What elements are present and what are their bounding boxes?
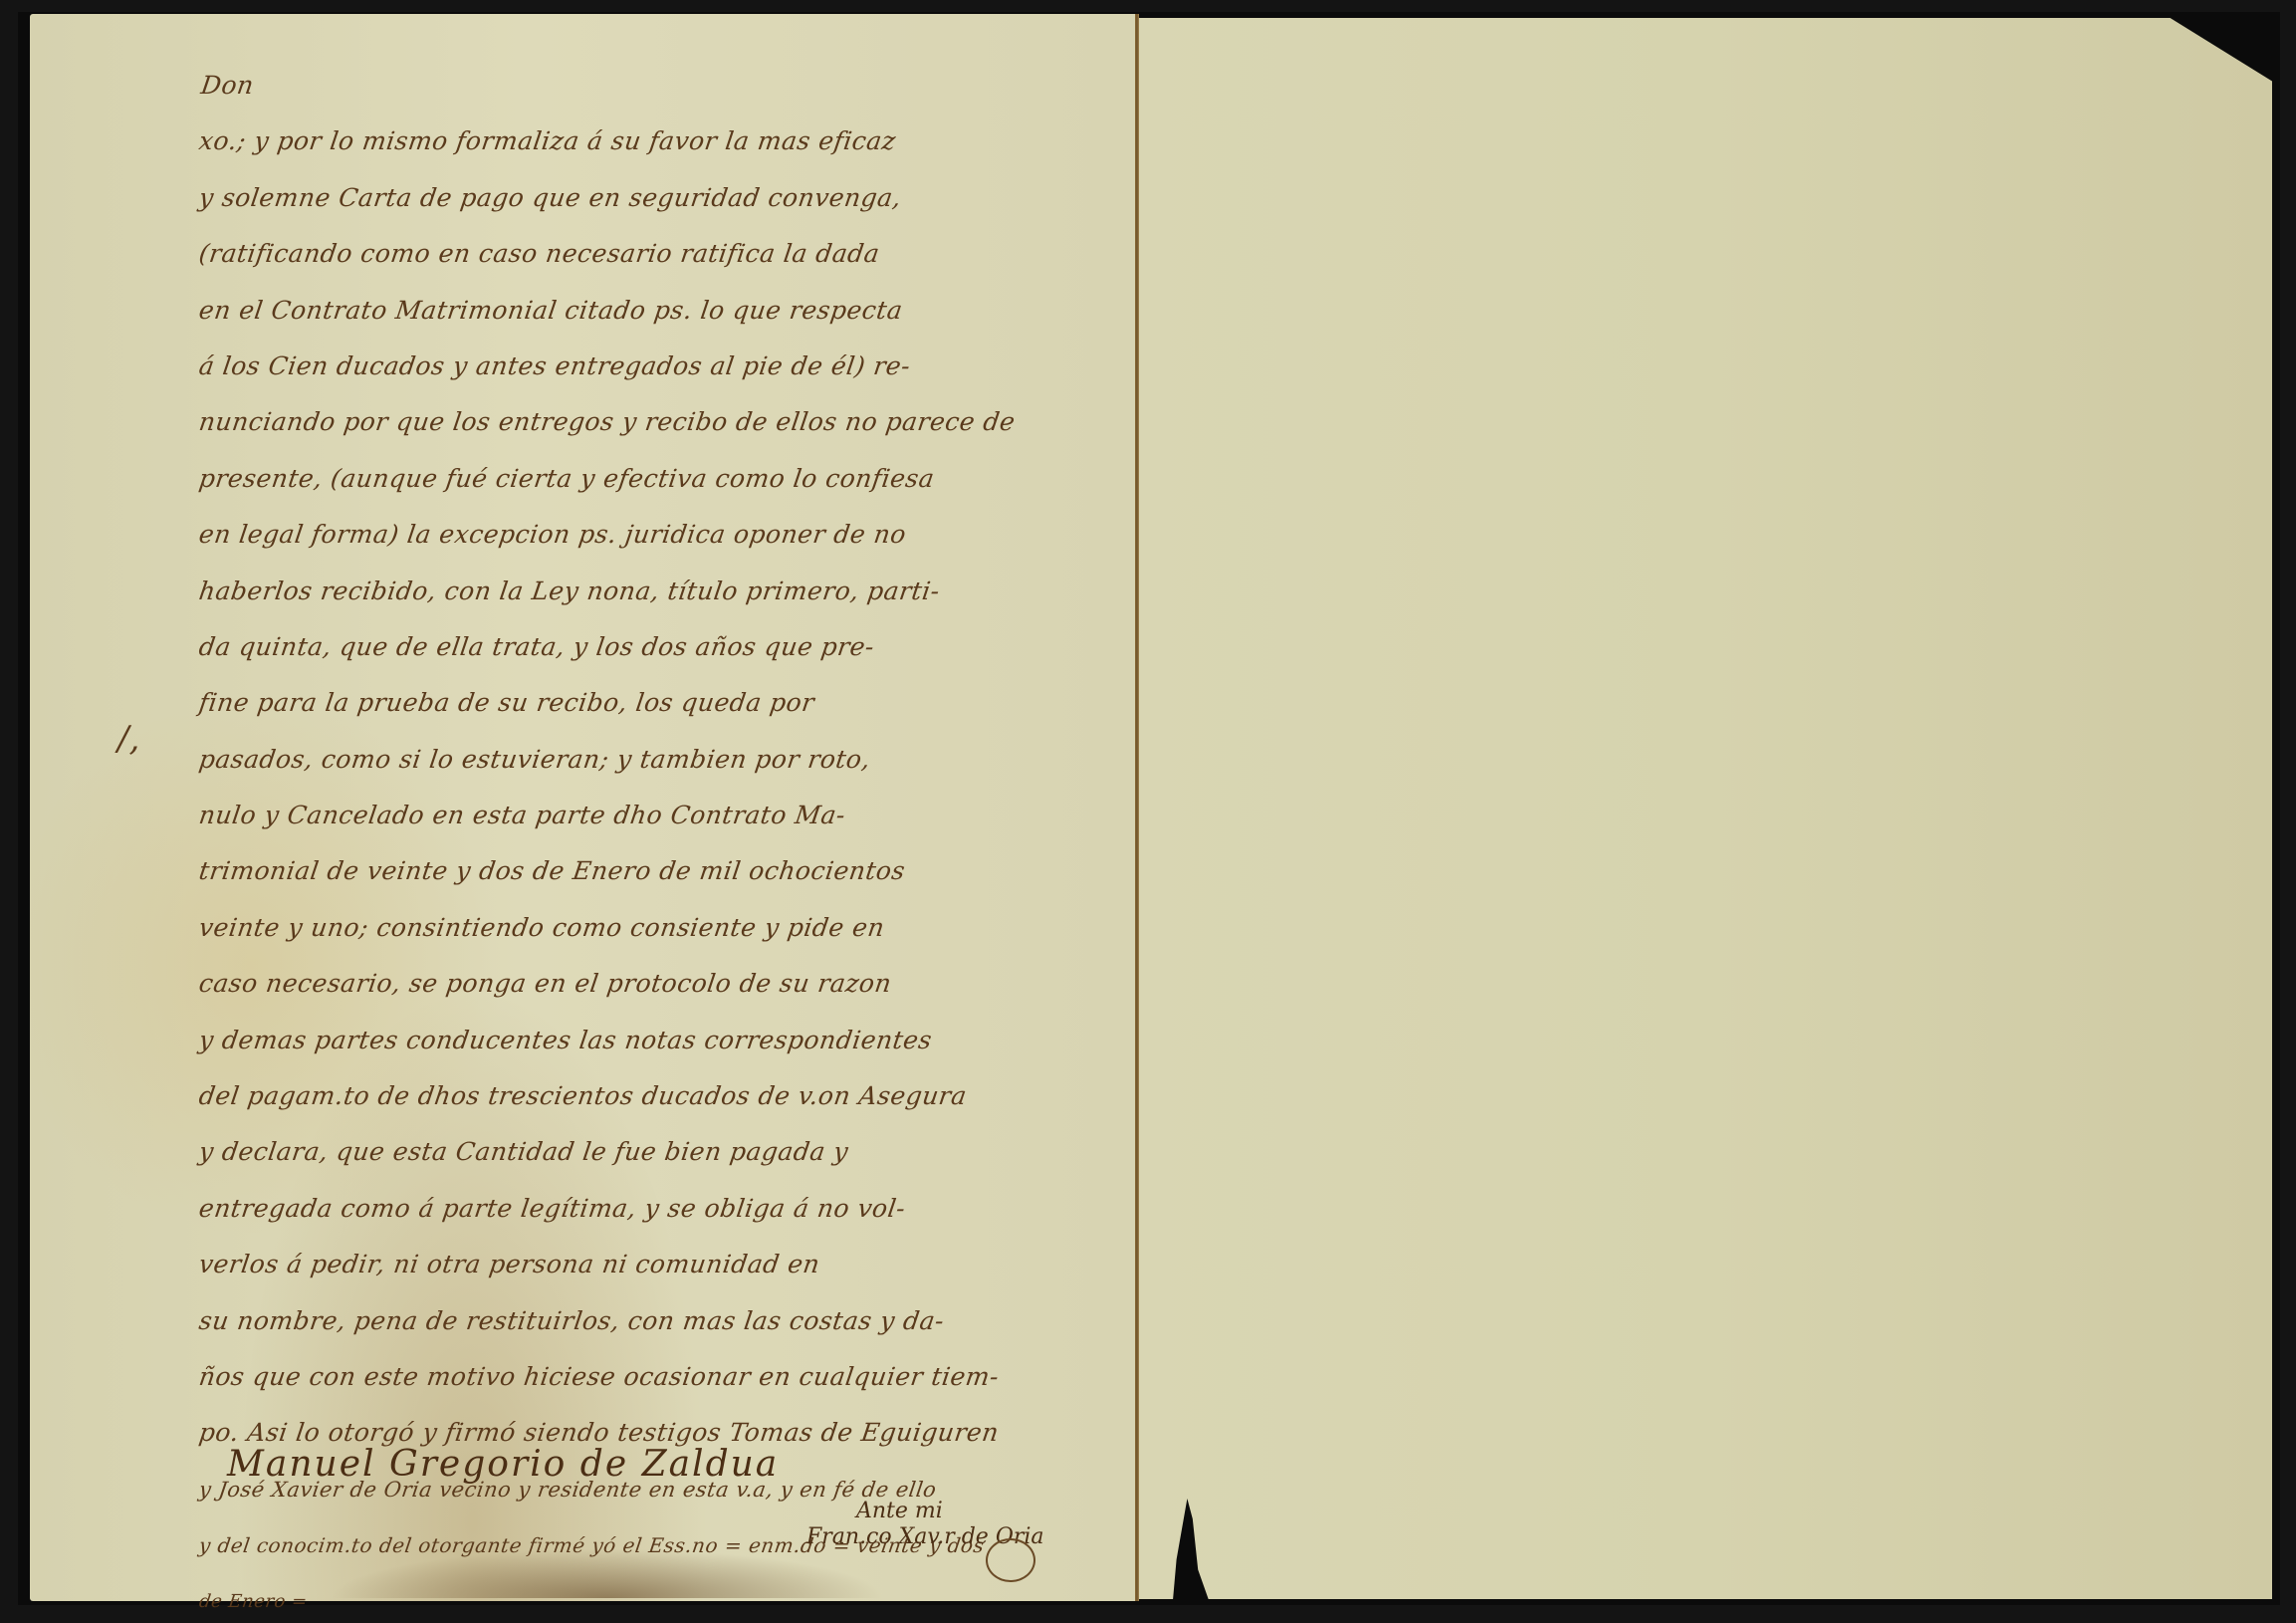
margin-mark: /, (117, 719, 139, 759)
text-line: presente, (aunque fué cierta y efectiva … (195, 451, 1079, 507)
text-line: verlos á pedir, ni otra persona ni comun… (195, 1237, 1079, 1292)
page-fold (1135, 14, 1139, 1601)
right-page-blank (1139, 18, 2272, 1599)
text-line: en legal forma) la excepcion ps. juridic… (195, 507, 1079, 563)
rubric-flourish-icon (986, 1538, 1035, 1582)
manuscript-text: Don xo.; y por lo mismo formaliza á su f… (199, 58, 1075, 1623)
text-line: en el Contrato Matrimonial citado ps. lo… (195, 283, 1079, 339)
text-line: ños que con este motivo hiciese ocasiona… (195, 1349, 1079, 1405)
text-line: entregada como á parte legítima, y se ob… (195, 1181, 1079, 1237)
grantor-signature: Manuel Gregorio de Zaldua (227, 1444, 779, 1485)
text-line: á los Cien ducados y antes entregados al… (195, 339, 1079, 394)
text-line: nunciando por que los entregos y recibo … (195, 394, 1079, 450)
text-line-highlighted: trimonial de veinte y dos de Enero de mi… (195, 843, 1079, 899)
text-line: su nombre, pena de restituirlos, con mas… (195, 1293, 1079, 1349)
text-line: Don (195, 58, 1079, 114)
text-line: fine para la prueba de su recibo, los qu… (195, 675, 1079, 731)
text-line: (ratificando como en caso necesario rati… (195, 226, 1079, 282)
text-line: haberlos recibido, con la Ley nona, títu… (195, 564, 1079, 619)
text-line: da quinta, que de ella trata, y los dos … (195, 619, 1079, 675)
text-line: y solemne Carta de pago que en seguridad… (195, 170, 1079, 226)
text-line: del pagam.to de dhos trescientos ducados… (195, 1068, 1079, 1124)
text-line: de Enero = (195, 1574, 1079, 1623)
text-line: pasados, como si lo estuvieran; y tambie… (195, 732, 1079, 788)
text-line: veinte y uno; consintiendo como consient… (195, 900, 1079, 956)
text-line: caso necesario, se ponga en el protocolo… (195, 956, 1079, 1012)
text-line: xo.; y por lo mismo formaliza á su favor… (195, 114, 1079, 169)
notary-ante-mi: Ante mi (806, 1499, 1044, 1524)
text-line: nulo y Cancelado en esta parte dho Contr… (195, 788, 1079, 843)
text-line: y demas partes conducentes las notas cor… (195, 1013, 1079, 1068)
text-line: y declara, que esta Cantidad le fue bien… (195, 1124, 1079, 1180)
